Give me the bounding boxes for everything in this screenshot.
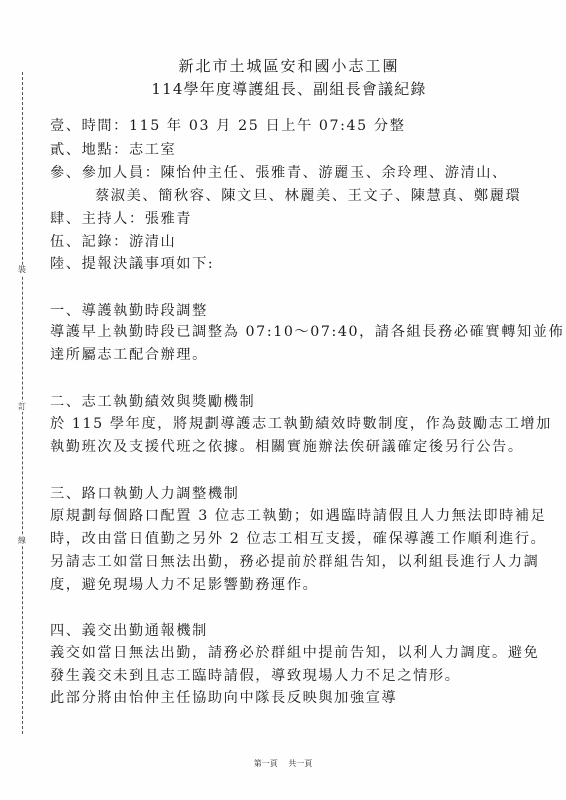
section-3-line-3: 另請志工如當日無法出勤，務必提前於群組告知，以利組長進行人力調 xyxy=(50,552,539,572)
section-3-line-4: 度，避免現場人力不足影響勤務運作。 xyxy=(50,575,318,595)
binding-mark-xian: 線 xyxy=(16,536,28,546)
footer-page-number: 第一頁 xyxy=(254,759,278,768)
meta-location: 貳、地點：志工室 xyxy=(50,140,176,160)
section-3-heading: 三、路口執勤人力調整機制 xyxy=(50,484,239,504)
section-2-line-1: 於 115 學年度，將規劃導護志工執勤績效時數制度，作為鼓勵志工增加 xyxy=(50,414,552,434)
meta-host: 肆、主持人：張雅青 xyxy=(50,209,192,229)
section-4-line-3: 此部分將由怡仲主任協助向中隊長反映與加強宣導 xyxy=(50,688,397,708)
section-2-heading: 二、志工執勤績效與獎勵機制 xyxy=(50,392,255,412)
meta-recorder: 伍、記錄：游清山 xyxy=(50,232,176,252)
page-footer: 第一頁 共一頁 xyxy=(0,758,566,769)
section-1-line-2: 達所屬志工配合辦理。 xyxy=(50,345,208,365)
meta-attendees-line1: 參、參加人員：陳怡仲主任、張雅青、游麗玉、余玲理、游清山、 xyxy=(50,163,508,183)
document-title-organization: 新北市土城區安和國小志工團 xyxy=(6,56,566,76)
section-3-line-1: 原規劃每個路口配置 3 位志工執勤；如遇臨時請假且人力無法即時補足 xyxy=(50,506,546,526)
footer-total-pages: 共一頁 xyxy=(288,759,312,768)
section-4-line-2: 發生義交未到且志工臨時請假，導致現場人力不足之情形。 xyxy=(50,666,460,686)
meta-attendees-line2: 蔡淑美、簡秋容、陳文旦、林麗美、王文子、陳慧真、鄭麗環 xyxy=(95,186,521,206)
binding-mark-ding: 訂 xyxy=(16,402,28,412)
section-4-heading: 四、義交出勤通報機制 xyxy=(50,621,208,641)
section-3-line-2: 時，改由當日值勤之另外 2 位志工相互支援，確保導護工作順利進行。 xyxy=(50,529,546,549)
section-1-line-1: 導護早上執勤時段已調整為 07:10～07:40，請各組長務必確實轉知並佈 xyxy=(50,322,564,342)
section-2-line-2: 執勤班次及支援代班之依據。相關實施辦法俟研議確定後另行公告。 xyxy=(50,437,524,457)
document-title-meeting: 114學年度導護組長、副組長會議紀錄 xyxy=(6,79,566,99)
section-4-line-1: 義交如當日無法出勤，請務必於群組中提前告知，以利人力調度。避免 xyxy=(50,643,539,663)
binding-mark-zhuang: 裝 xyxy=(16,265,28,275)
document-page: 裝 訂 線 新北市土城區安和國小志工團 114學年度導護組長、副組長會議紀錄 壹… xyxy=(0,0,566,800)
meta-time: 壹、時間：115 年 03 月 25 日上午 07:45 分整 xyxy=(50,116,406,136)
section-1-heading: 一、導護執勤時段調整 xyxy=(50,301,208,321)
meta-resolutions-intro: 陸、提報決議事項如下: xyxy=(50,254,214,274)
